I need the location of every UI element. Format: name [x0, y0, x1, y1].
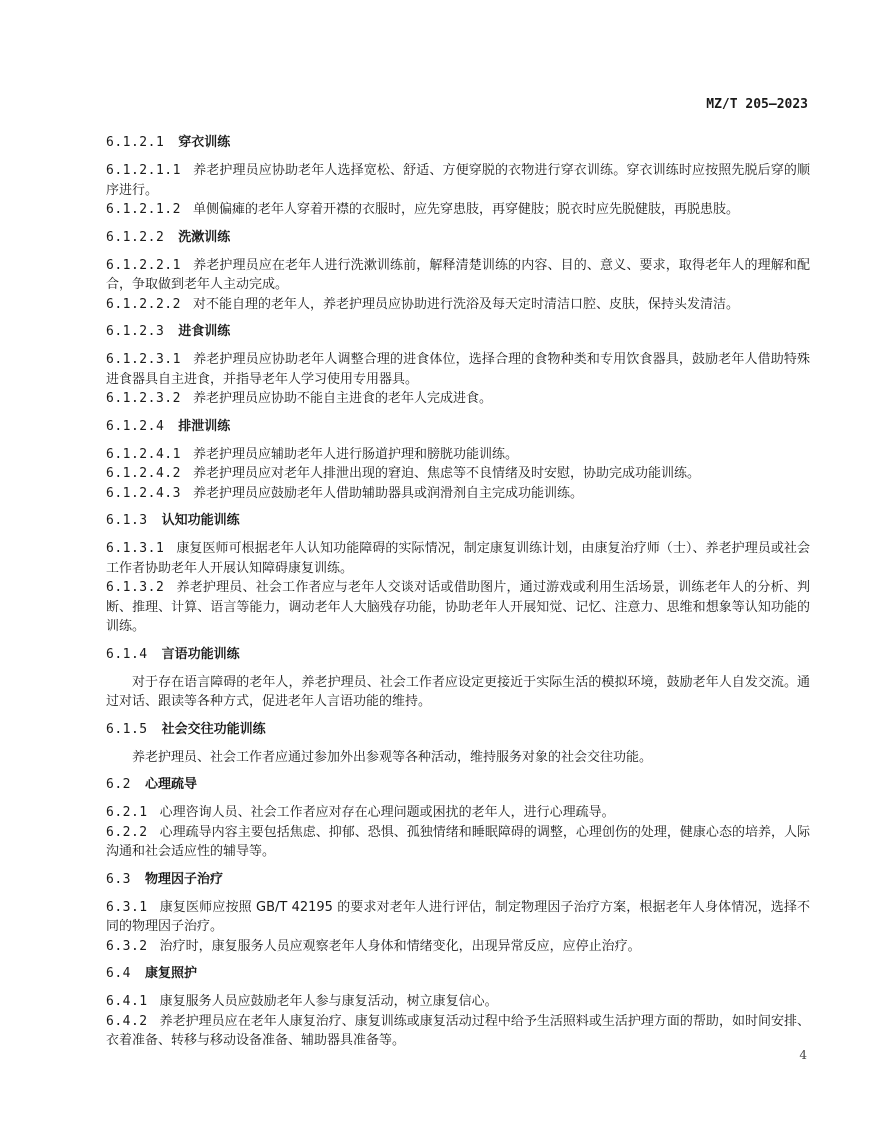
clause-number: 6.1.2.3.1: [106, 352, 181, 367]
section-title: 认知功能训练: [162, 513, 240, 528]
section-number: 6.1.5: [106, 722, 148, 737]
clause-paragraph: 6.1.2.3.1养老护理员应协助老年人调整合理的进食体位，选择合理的食物种类和…: [106, 350, 810, 389]
page-number: 4: [799, 1048, 807, 1062]
clause-text: 养老护理员应对老年人排泄出现的窘迫、焦虑等不良情绪及时安慰，协助完成功能训练。: [193, 466, 700, 481]
document-page: MZ/T 205—2023 6.1.2.1穿衣训练6.1.2.1.1养老护理员应…: [0, 0, 895, 1141]
standard-code: MZ/T 205—2023: [706, 97, 808, 112]
section-number: 6.1.3: [106, 513, 148, 528]
section-number: 6.1.2.3: [106, 324, 164, 339]
clause-text: 康复医师可根据老年人认知功能障碍的实际情况，制定康复训练计划，由康复治疗师（士）…: [106, 541, 810, 576]
section-number: 6.1.2.4: [106, 419, 164, 434]
clause-paragraph: 6.1.3.1康复医师可根据老年人认知功能障碍的实际情况，制定康复训练计划，由康…: [106, 539, 810, 578]
section-heading: 6.1.2.3进食训练: [106, 322, 810, 342]
section-title: 进食训练: [178, 324, 230, 339]
clause-paragraph: 6.4.1康复服务人员应鼓励老年人参与康复活动，树立康复信心。: [106, 992, 810, 1012]
section-number: 6.2: [106, 777, 131, 792]
clause-text: 养老护理员、社会工作者应通过参加外出参观等各种活动，维持服务对象的社会交往功能。: [132, 750, 652, 765]
section-number: 6.4: [106, 966, 131, 981]
clause-text: 心理咨询人员、社会工作者应对存在心理问题或困扰的老年人，进行心理疏导。: [160, 805, 615, 820]
clause-paragraph: 6.3.2治疗时，康复服务人员应观察老年人身体和情绪变化，出现异常反应，应停止治…: [106, 937, 810, 957]
clause-number: 6.1.3.1: [106, 541, 164, 556]
section-heading: 6.1.3认知功能训练: [106, 511, 810, 531]
clause-paragraph: 对于存在语言障碍的老年人，养老护理员、社会工作者应设定更接近于实际生活的模拟环境…: [106, 673, 810, 712]
section-heading: 6.1.4言语功能训练: [106, 645, 810, 665]
section-title: 排泄训练: [178, 419, 230, 434]
clause-text: 单侧偏瘫的老年人穿着开襟的衣服时，应先穿患肢，再穿健肢；脱衣时应先脱健肢，再脱患…: [193, 202, 739, 217]
section-title: 穿衣训练: [178, 135, 230, 150]
section-number: 6.1.2.1: [106, 135, 164, 150]
clause-paragraph: 养老护理员、社会工作者应通过参加外出参观等各种活动，维持服务对象的社会交往功能。: [106, 748, 810, 768]
clause-paragraph: 6.2.1心理咨询人员、社会工作者应对存在心理问题或困扰的老年人，进行心理疏导。: [106, 803, 810, 823]
clause-number: 6.2.1: [106, 805, 148, 820]
section-heading: 6.3物理因子治疗: [106, 870, 810, 890]
clause-paragraph: 6.1.2.4.3养老护理员应鼓励老年人借助辅助器具或润滑剂自主完成功能训练。: [106, 484, 810, 504]
clause-number: 6.1.2.2.2: [106, 297, 181, 312]
section-number: 6.1.4: [106, 647, 148, 662]
section-number: 6.3: [106, 872, 131, 887]
section-heading: 6.1.2.4排泄训练: [106, 417, 810, 437]
clause-paragraph: 6.3.1康复医师应按照 GB/T 42195 的要求对老年人进行评估，制定物理…: [106, 898, 810, 937]
clause-paragraph: 6.1.3.2养老护理员、社会工作者应与老年人交谈对话或借助图片，通过游戏或利用…: [106, 578, 810, 637]
section-title: 物理因子治疗: [145, 872, 223, 887]
clause-number: 6.1.2.1.2: [106, 202, 181, 217]
clause-text: 心理疏导内容主要包括焦虑、抑郁、恐惧、孤独情绪和睡眠障碍的调整，心理创伤的处理，…: [106, 825, 810, 860]
clause-paragraph: 6.1.2.4.1养老护理员应辅助老年人进行肠道护理和膀胱功能训练。: [106, 445, 810, 465]
clause-number: 6.4.2: [106, 1014, 148, 1029]
clause-text: 康复医师应按照 GB/T 42195 的要求对老年人进行评估，制定物理因子治疗方…: [106, 900, 810, 935]
section-heading: 6.1.2.1穿衣训练: [106, 133, 810, 153]
clause-text: 养老护理员应在老年人进行洗漱训练前，解释清楚训练的内容、目的、意义、要求，取得老…: [106, 258, 810, 293]
clause-number: 6.1.2.3.2: [106, 391, 181, 406]
clause-text: 养老护理员、社会工作者应与老年人交谈对话或借助图片，通过游戏或利用生活场景，训练…: [106, 580, 810, 634]
section-title: 社会交往功能训练: [162, 722, 266, 737]
clause-number: 6.1.2.4.2: [106, 466, 181, 481]
clause-text: 养老护理员应在老年人康复治疗、康复训练或康复活动过程中给予生活照料或生活护理方面…: [106, 1014, 810, 1049]
clause-text: 对于存在语言障碍的老年人，养老护理员、社会工作者应设定更接近于实际生活的模拟环境…: [106, 675, 810, 710]
clause-paragraph: 6.2.2心理疏导内容主要包括焦虑、抑郁、恐惧、孤独情绪和睡眠障碍的调整，心理创…: [106, 823, 810, 862]
section-title: 心理疏导: [145, 777, 197, 792]
clause-number: 6.1.2.4.3: [106, 486, 181, 501]
clause-text: 养老护理员应辅助老年人进行肠道护理和膀胱功能训练。: [193, 447, 518, 462]
section-title: 言语功能训练: [162, 647, 240, 662]
clause-text: 养老护理员应协助不能自主进食的老年人完成进食。: [193, 391, 492, 406]
clause-paragraph: 6.1.2.2.1养老护理员应在老年人进行洗漱训练前，解释清楚训练的内容、目的、…: [106, 256, 810, 295]
clause-text: 养老护理员应鼓励老年人借助辅助器具或润滑剂自主完成功能训练。: [193, 486, 583, 501]
section-title: 洗漱训练: [178, 230, 230, 245]
clause-paragraph: 6.1.2.2.2对不能自理的老年人，养老护理员应协助进行洗浴及每天定时清洁口腔…: [106, 295, 810, 315]
section-number: 6.1.2.2: [106, 230, 164, 245]
clause-number: 6.1.2.4.1: [106, 447, 181, 462]
clause-paragraph: 6.1.2.1.1养老护理员应协助老年人选择宽松、舒适、方便穿脱的衣物进行穿衣训…: [106, 161, 810, 200]
clause-number: 6.3.2: [106, 939, 148, 954]
clause-paragraph: 6.1.2.1.2单侧偏瘫的老年人穿着开襟的衣服时，应先穿患肢，再穿健肢；脱衣时…: [106, 200, 810, 220]
clause-number: 6.3.1: [106, 900, 148, 915]
clause-text: 康复服务人员应鼓励老年人参与康复活动，树立康复信心。: [160, 994, 498, 1009]
clause-paragraph: 6.4.2养老护理员应在老年人康复治疗、康复训练或康复活动过程中给予生活照料或生…: [106, 1012, 810, 1051]
section-title: 康复照护: [145, 966, 197, 981]
clause-number: 6.1.2.2.1: [106, 258, 181, 273]
document-body: 6.1.2.1穿衣训练6.1.2.1.1养老护理员应协助老年人选择宽松、舒适、方…: [106, 133, 810, 1059]
clause-text: 养老护理员应协助老年人选择宽松、舒适、方便穿脱的衣物进行穿衣训练。穿衣训练时应按…: [106, 163, 810, 198]
clause-text: 对不能自理的老年人，养老护理员应协助进行洗浴及每天定时清洁口腔、皮肤，保持头发清…: [193, 297, 739, 312]
clause-paragraph: 6.1.2.3.2养老护理员应协助不能自主进食的老年人完成进食。: [106, 389, 810, 409]
section-heading: 6.4康复照护: [106, 964, 810, 984]
clause-number: 6.4.1: [106, 994, 148, 1009]
clause-text: 养老护理员应协助老年人调整合理的进食体位，选择合理的食物种类和专用饮食器具，鼓励…: [106, 352, 810, 387]
section-heading: 6.1.5社会交往功能训练: [106, 720, 810, 740]
clause-number: 6.1.3.2: [106, 580, 164, 595]
section-heading: 6.2心理疏导: [106, 775, 810, 795]
clause-number: 6.2.2: [106, 825, 148, 840]
clause-number: 6.1.2.1.1: [106, 163, 181, 178]
section-heading: 6.1.2.2洗漱训练: [106, 228, 810, 248]
clause-paragraph: 6.1.2.4.2养老护理员应对老年人排泄出现的窘迫、焦虑等不良情绪及时安慰，协…: [106, 464, 810, 484]
clause-text: 治疗时，康复服务人员应观察老年人身体和情绪变化，出现异常反应，应停止治疗。: [160, 939, 641, 954]
